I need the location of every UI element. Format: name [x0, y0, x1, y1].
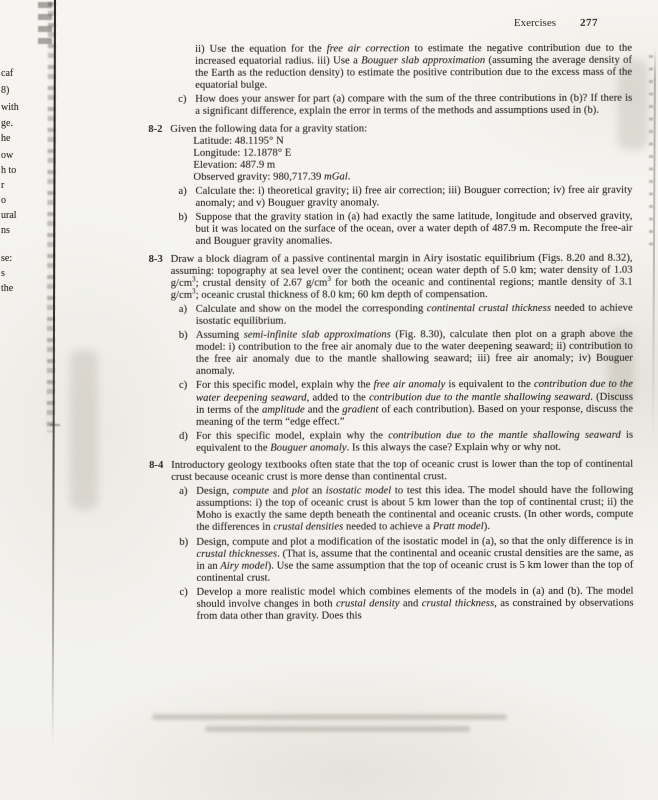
margin-fragment: ge. [1, 118, 13, 129]
sub-item: a)Calculate the: i) theoretical gravity;… [178, 185, 632, 210]
header-title: Exercises [514, 17, 556, 29]
station-data-line: Latitude: 48.1195° N [193, 134, 632, 147]
sub-item-text: For this specific model, explain why the… [196, 379, 633, 429]
sub-item-text: Design, compute and plot an isostatic mo… [196, 485, 633, 535]
running-header: Exercises 277 [148, 17, 632, 30]
sub-item-text: Suppose that the gravity station in (a) … [196, 211, 633, 248]
problem: 8-3Draw a block diagram of a passive con… [149, 252, 634, 455]
sub-item: c)Develop a more realistic model which c… [179, 586, 633, 623]
sub-item: a)Design, compute and plot an isostatic … [179, 485, 633, 535]
problem-body: Draw a block diagram of a passive contin… [171, 252, 634, 455]
margin-fragment: ns [1, 225, 10, 236]
sub-item-label: b) [179, 330, 196, 378]
problem-body: Introductory geology textbooks often sta… [171, 459, 633, 623]
problem-intro: Introductory geology textbooks often sta… [171, 459, 633, 484]
sub-item-label: c) [179, 587, 196, 623]
sub-item-label: c) [179, 380, 196, 428]
sub-item-text: Assuming semi-infinite slab approximatio… [196, 329, 633, 379]
sub-item-label: b) [179, 212, 196, 248]
binding-small-dash [50, 424, 60, 426]
station-data-line: Observed gravity: 980,717.39 mGal. [193, 171, 632, 184]
margin-fragment: ural [1, 210, 17, 221]
sub-item-text: Develop a more realistic model which com… [196, 586, 633, 623]
margin-fragment: o [1, 195, 6, 206]
sub-item: ii) Use the equation for the free air co… [178, 43, 632, 93]
binding-top-marks [38, 2, 52, 50]
sub-item-text: ii) Use the equation for the free air co… [195, 43, 632, 93]
margin-fragment: the [1, 283, 13, 294]
margin-fragment: 8) [1, 85, 9, 96]
binding-show-through-specks [47, 2, 56, 432]
problem-number [148, 42, 170, 119]
margin-fragment: caf [1, 68, 13, 79]
page-content: Exercises 277 ii) Use the equation for t… [148, 17, 634, 623]
sub-item-text: How does your answer for part (a) compar… [195, 93, 632, 118]
bleed-through-line [152, 714, 507, 720]
margin-fragment: s [1, 268, 5, 279]
margin-fragment: se: [1, 253, 12, 264]
margin-fragment: h to [1, 165, 16, 176]
sub-item: c)How does your answer for part (a) comp… [178, 93, 632, 118]
sub-item-label: d) [179, 431, 196, 455]
sub-item-text: Calculate and show on the model the corr… [196, 303, 633, 328]
problem: 8-4Introductory geology textbooks often … [149, 459, 633, 623]
sub-item-label: b) [179, 536, 196, 584]
sub-item-label: a) [178, 186, 195, 210]
margin-fragment: ow [1, 150, 13, 161]
bleed-through-smudge [70, 350, 98, 510]
sub-item: c)For this specific model, explain why t… [179, 379, 633, 429]
bleed-through-line [205, 726, 470, 732]
sub-item-label: c) [178, 94, 195, 118]
station-data-list: Latitude: 48.1195° NLongitude: 12.1878° … [193, 134, 632, 184]
problems-list: ii) Use the equation for the free air co… [148, 41, 634, 623]
sub-item: d)For this specific model, explain why t… [179, 430, 633, 455]
problem-number: 8-3 [149, 253, 172, 455]
problem: ii) Use the equation for the free air co… [148, 41, 632, 119]
facing-page-edge-ticks [649, 55, 653, 255]
sub-item-text: Calculate the: i) theoretical gravity; i… [195, 185, 632, 210]
problem-body: Given the following data for a gravity s… [170, 122, 632, 248]
problem: 8-2Given the following data for a gravit… [148, 122, 632, 248]
problem-body: ii) Use the equation for the free air co… [170, 41, 632, 119]
sub-item-text: For this specific model, explain why the… [196, 430, 633, 455]
margin-fragment: he [1, 133, 10, 144]
sub-item: b)Assuming semi-infinite slab approximat… [179, 329, 633, 379]
sub-item: b)Design, compute and plot a modificatio… [179, 535, 633, 585]
margin-fragment: r [1, 180, 4, 191]
problem-number: 8-4 [149, 460, 171, 623]
margin-fragment: with [1, 102, 19, 113]
page-number: 277 [580, 17, 598, 29]
problem-number: 8-2 [148, 124, 170, 249]
sub-item-label: a) [179, 304, 196, 328]
sub-item-text: Design, compute and plot a modification … [196, 535, 633, 585]
sub-item: b)Suppose that the gravity station in (a… [179, 211, 633, 248]
sub-item: a)Calculate and show on the model the co… [179, 303, 633, 328]
sub-item-label [178, 44, 195, 92]
station-data-line: Longitude: 12.1878° E [193, 146, 632, 159]
station-data-line: Elevation: 487.9 m [193, 159, 632, 172]
problem-intro: Draw a block diagram of a passive contin… [171, 252, 633, 302]
scanned-book-page: caf8)withge.heowh torouralnsse:sthe Exer… [0, 0, 658, 800]
sub-item-label: a) [179, 486, 196, 534]
